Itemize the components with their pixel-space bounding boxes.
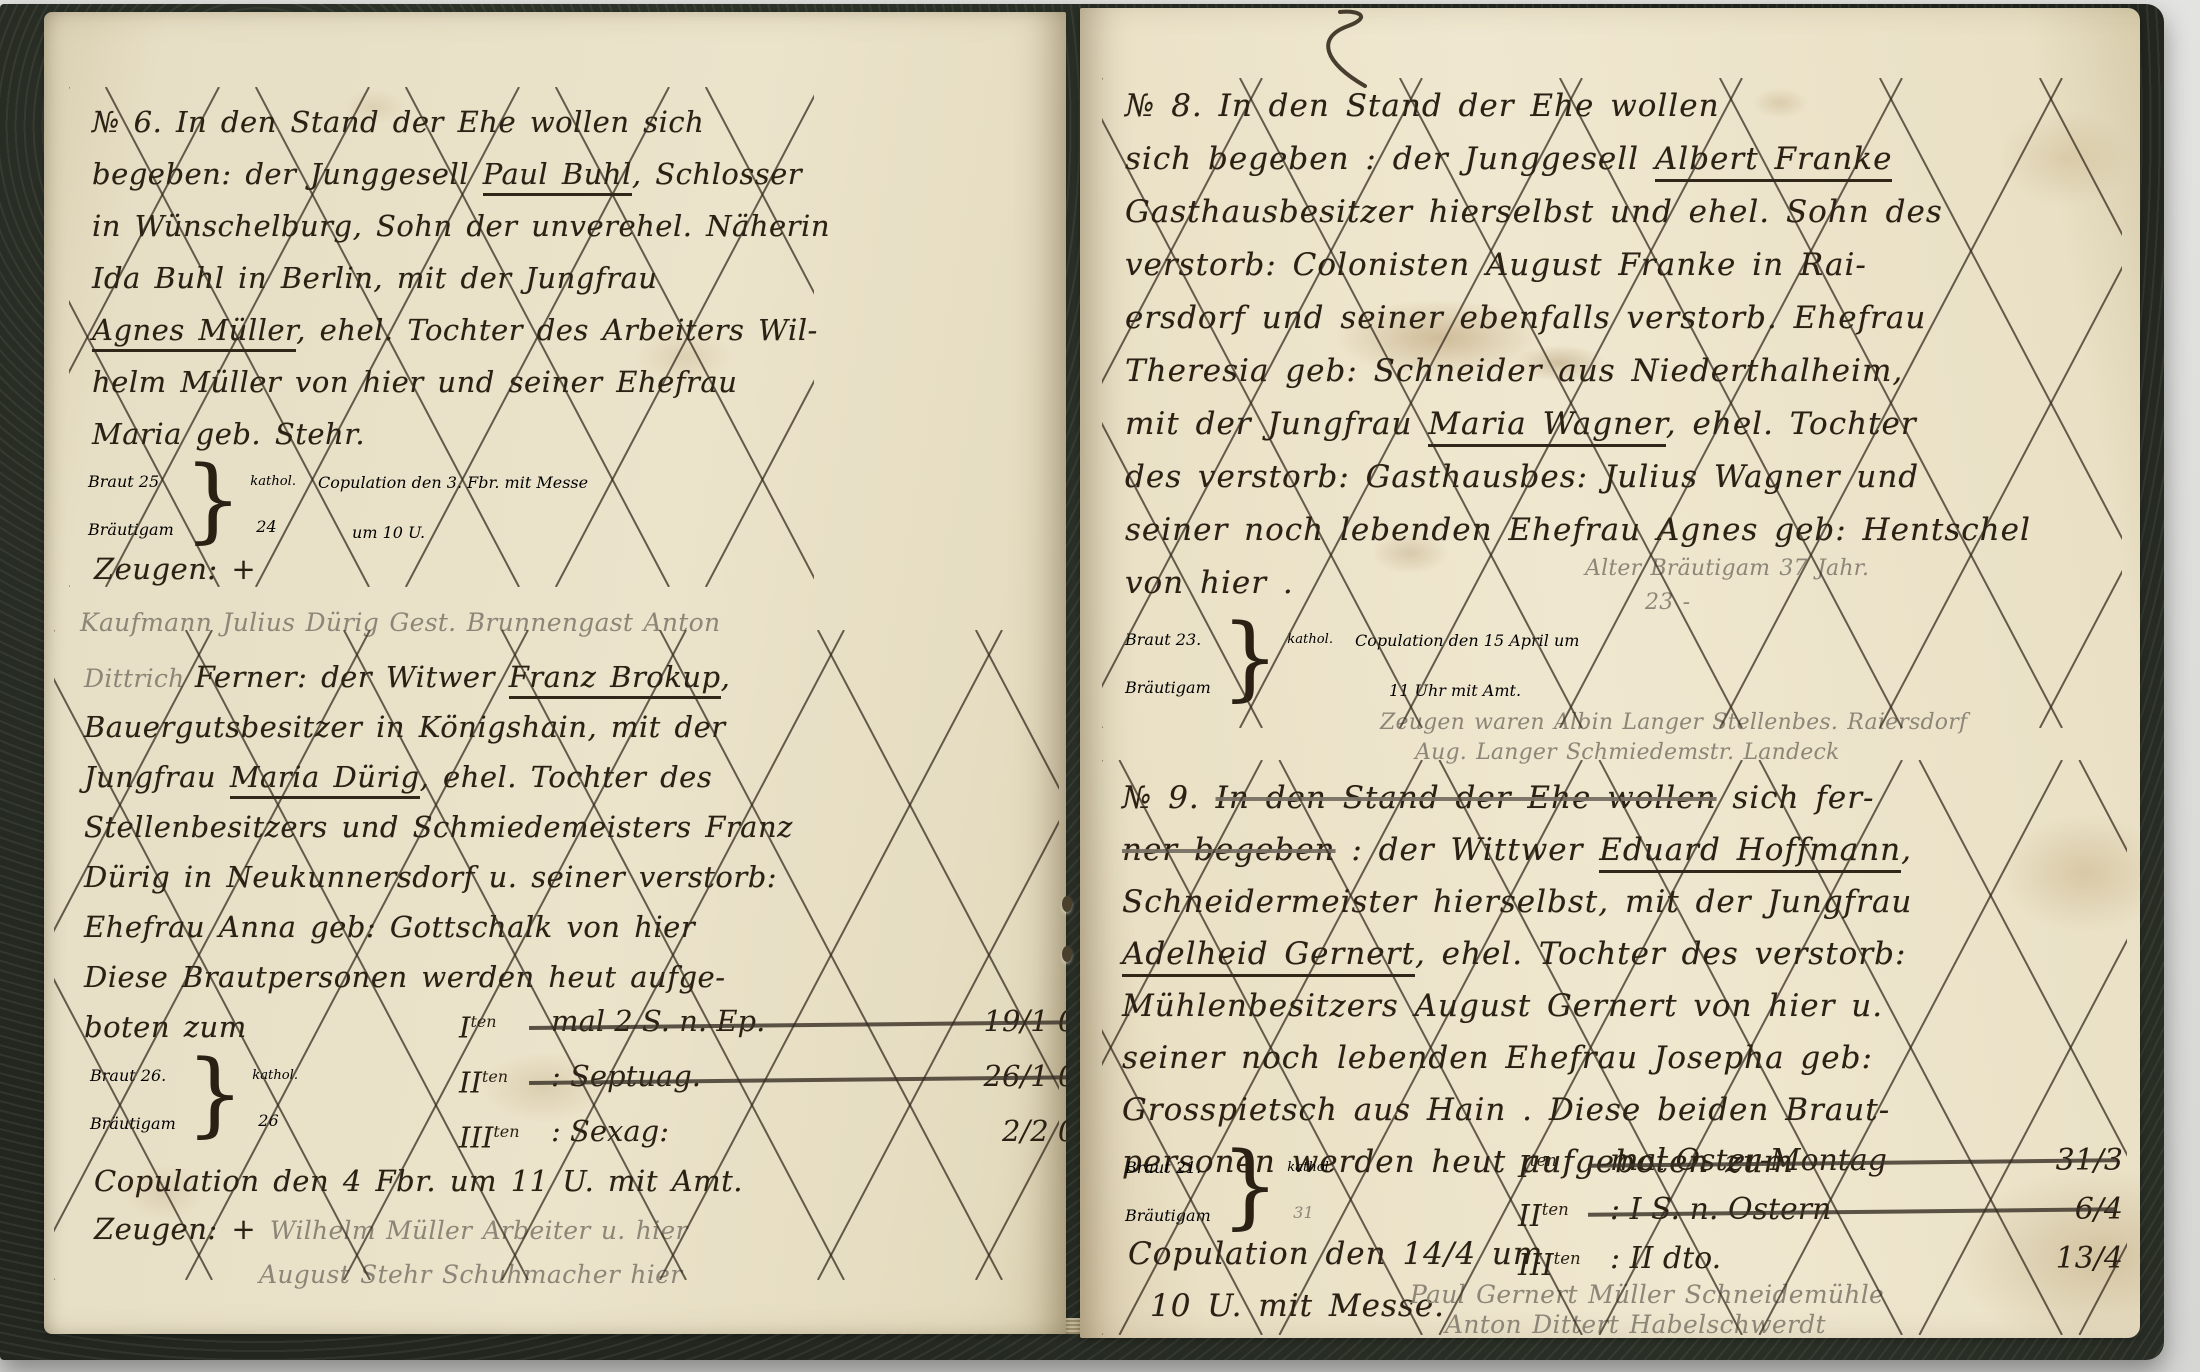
- copulation-time: 11 Uhr mit Amt.: [1389, 666, 1579, 716]
- text-segment: Franz Brokup: [509, 660, 721, 699]
- witness-name-pencil: Wilhelm Müller Arbeiter u. hier: [270, 1216, 688, 1245]
- entry-9-text: № 9. In den Stand der Ehe wollen sich fe…: [1122, 772, 1912, 1188]
- text-segment: , Schlosser: [632, 157, 802, 191]
- entry-7-text: Dittrich Ferner: der Witwer Franz Brokup…: [84, 652, 793, 1052]
- bride-age: 25: [139, 472, 159, 491]
- manuscript-line: № 6. In den Stand der Ehe wollen sich: [92, 96, 830, 148]
- manuscript-line: begeben: der Junggesell Paul Buhl, Schlo…: [92, 148, 830, 200]
- text-segment: Ferner: der Witwer: [195, 660, 509, 694]
- entry-7-copulation: Copulation den 4 Fbr. um 11 U. mit Amt.: [94, 1164, 743, 1198]
- manuscript-line: Theresia geb: Schneider aus Niederthalhe…: [1125, 345, 2031, 398]
- entry-8-text: № 8. In den Stand der Ehe wollensich beg…: [1125, 80, 2031, 610]
- entry-9-vitals: Braut 21. Bräutigam } kathol. 31: [1125, 1144, 1333, 1240]
- text-segment: mit der Jungfrau: [1125, 406, 1428, 442]
- denomination-label: kathol.: [1287, 1146, 1333, 1190]
- manuscript-line: ersdorf und seiner ebenfalls verstorb. E…: [1125, 292, 2031, 345]
- manuscript-line: Ida Buhl in Berlin, mit der Jungfrau: [92, 252, 830, 304]
- manuscript-line: № 8. In den Stand der Ehe wollen: [1125, 80, 2031, 133]
- groom-label: Bräutigam: [1125, 1192, 1211, 1240]
- banns-ordinal: IIIten: [459, 1104, 551, 1159]
- bride-age: 21.: [1176, 1158, 1201, 1177]
- banns-row: IIten: Septuag.26/1 02.: [459, 1049, 1066, 1104]
- banns-row: IIIten: Sexag:2/2 02.: [459, 1104, 1066, 1159]
- banns-ordinal: Iten: [1518, 1136, 1610, 1185]
- pencil-age-note: 23 -: [1645, 590, 1690, 615]
- banns-row: IIten: I S. n. Ostern6/4: [1518, 1185, 2123, 1234]
- text-segment: Dittrich: [84, 664, 195, 693]
- binding-stitch: [1062, 896, 1072, 912]
- banns-date: 6/4: [2075, 1185, 2123, 1234]
- entry-7-witnesses: Zeugen: + Wilhelm Müller Arbeiter u. hie…: [94, 1212, 688, 1246]
- manuscript-line: Agnes Müller, ehel. Tochter des Arbeiter…: [92, 304, 830, 356]
- bride-age: 26.: [141, 1066, 166, 1085]
- text-segment: ,: [721, 660, 731, 694]
- groom-label: Bräutigam: [88, 506, 174, 554]
- copulation-note: Copulation den 15 April um: [1355, 616, 1579, 666]
- text-segment: Mühlenbesitzers August Gernert von hier …: [1122, 988, 1883, 1024]
- signature-pencil: Anton Dittert Habelschwerdt: [1445, 1310, 1826, 1338]
- manuscript-line: Adelheid Gernert, ehel. Tochter des vers…: [1122, 928, 1912, 980]
- groom-age-pencil: 31: [1293, 1190, 1333, 1236]
- text-segment: In den Stand der Ehe wollen: [1216, 780, 1717, 816]
- banns-row: IIIten: II dto.13/4: [1518, 1234, 2123, 1283]
- text-segment: , ehel. Tochter des verstorb:: [1415, 936, 1907, 972]
- text-segment: Agnes Müller: [92, 313, 296, 352]
- text-segment: № 6. In den Stand der Ehe wollen sich: [92, 105, 704, 139]
- banns-text: mal Oster-Montag: [1610, 1136, 1940, 1185]
- copulation-time: um 10 U.: [352, 508, 588, 558]
- entry-7-banns-table: Itenmal 2 S. n. Ep.19/1 02.IIten: Septua…: [459, 994, 1066, 1159]
- signature-pencil: Paul Gernert Müller Schneidemühle: [1410, 1280, 1884, 1309]
- text-segment: Eduard Hoffmann: [1599, 832, 1901, 873]
- text-segment: № 8. In den Stand der Ehe wollen: [1125, 88, 1720, 124]
- denomination-label: kathol.: [252, 1054, 298, 1098]
- banns-text: : Septuag.: [551, 1049, 881, 1104]
- entry-6-text: № 6. In den Stand der Ehe wollen sichbeg…: [92, 96, 830, 460]
- text-segment: des verstorb: Gasthausbes: Julius Wagner…: [1125, 459, 1919, 495]
- entry-8-vitals: Braut 23. Bräutigam } kathol. Copulation…: [1125, 616, 1579, 716]
- bride-label: Braut: [90, 1066, 136, 1085]
- manuscript-line: Jungfrau Maria Dürig, ehel. Tochter des: [84, 752, 793, 802]
- entry-7-vitals: Braut 26. Bräutigam } kathol. 26: [90, 1052, 298, 1148]
- bride-label: Braut: [1125, 630, 1171, 649]
- text-segment: Schneidermeister hierselbst, mit der Jun…: [1122, 884, 1912, 920]
- manuscript-line: Gasthausbesitzer hierselbst und ehel. So…: [1125, 186, 2031, 239]
- witnesses-label: Zeugen: +: [94, 1212, 256, 1246]
- text-segment: helm Müller von hier und seiner Ehefrau: [92, 365, 737, 399]
- left-page: № 6. In den Stand der Ehe wollen sichbeg…: [44, 12, 1066, 1334]
- text-segment: sich fer-: [1717, 780, 1875, 816]
- bride-age: 23.: [1176, 630, 1201, 649]
- manuscript-line: seiner noch lebenden Ehefrau Josepha geb…: [1122, 1032, 1912, 1084]
- text-segment: Stellenbesitzers und Schmiedemeisters Fr…: [84, 810, 793, 844]
- banns-date: 2/2 02.: [1002, 1104, 1066, 1159]
- manuscript-line: Ehefrau Anna geb: Gottschalk von hier: [84, 902, 793, 952]
- bride-label: Braut: [1125, 1158, 1171, 1177]
- manuscript-line: in Wünschelburg, Sohn der unverehel. Näh…: [92, 200, 830, 252]
- text-segment: verstorb: Colonisten August Franke in Ra…: [1125, 247, 1867, 283]
- entry-9-copulation: Copulation den 14/4 um: [1128, 1236, 1543, 1272]
- text-segment: Adelheid Gernert: [1122, 936, 1415, 977]
- brace-glyph: }: [1221, 1136, 1280, 1236]
- pencil-margin-note: Kaufmann Julius Dürig Gest. Brunnengast …: [80, 608, 720, 637]
- banns-row: Itenmal Oster-Montag31/3: [1518, 1136, 2123, 1185]
- text-segment: Ida Buhl in Berlin, mit der Jungfrau: [92, 261, 657, 295]
- brace-glyph: }: [186, 1044, 245, 1144]
- text-segment: ersdorf und seiner ebenfalls verstorb. E…: [1125, 300, 1926, 336]
- text-segment: von hier .: [1125, 565, 1294, 601]
- text-segment: Gasthausbesitzer hierselbst und ehel. So…: [1125, 194, 1943, 230]
- witness-name-pencil: August Stehr Schuhmacher hier: [259, 1260, 682, 1289]
- witness-name-pencil: Aug. Langer Schmiedemstr. Landeck: [1415, 740, 1840, 765]
- manuscript-line: Grosspietsch aus Hain . Diese beiden Bra…: [1122, 1084, 1912, 1136]
- groom-label: Bräutigam: [1125, 664, 1211, 712]
- manuscript-line: Stellenbesitzers und Schmiedemeisters Fr…: [84, 802, 793, 852]
- text-segment: Diese Brautpersonen werden heut aufge-: [84, 960, 726, 994]
- banns-ordinal: IIten: [459, 1049, 551, 1104]
- text-segment: boten zum: [84, 1010, 247, 1044]
- bride-label: Braut: [88, 472, 134, 491]
- binding-stitch: [1062, 946, 1072, 962]
- copulation-note: Copulation den 3. Fbr. mit Messe: [318, 458, 588, 508]
- brace-glyph: }: [184, 450, 243, 550]
- entry-6-vitals: Braut 25 Bräutigam } kathol. 24 Copulati…: [88, 458, 588, 558]
- text-segment: Ehefrau Anna geb: Gottschalk von hier: [84, 910, 695, 944]
- manuscript-line: seiner noch lebenden Ehefrau Agnes geb: …: [1125, 504, 2031, 557]
- banns-ordinal: IIten: [1518, 1185, 1610, 1234]
- text-segment: № 9.: [1122, 780, 1216, 816]
- banns-text: : Sexag:: [551, 1104, 881, 1159]
- text-segment: , ehel. Tochter des: [420, 760, 713, 794]
- entry-9-banns-table: Itenmal Oster-Montag31/3IIten: I S. n. O…: [1518, 1136, 2123, 1283]
- banns-text: : I S. n. Ostern: [1610, 1185, 1940, 1234]
- pencil-age-note: Alter Bräutigam 37 Jahr.: [1585, 556, 1869, 581]
- groom-age: 26: [258, 1098, 298, 1144]
- text-segment: Albert Franke: [1655, 141, 1893, 182]
- text-segment: Paul Buhl: [483, 157, 632, 196]
- text-segment: Jungfrau: [84, 760, 230, 794]
- manuscript-line: Bauergutsbesitzer in Königshain, mit der: [84, 702, 793, 752]
- text-segment: Maria Wagner: [1428, 406, 1666, 447]
- register-book-photo: № 6. In den Stand der Ehe wollen sichbeg…: [0, 0, 2200, 1372]
- text-segment: , ehel. Tochter: [1666, 406, 1917, 442]
- banns-text: mal 2 S. n. Ep.: [551, 994, 881, 1049]
- banns-date: 31/3: [2056, 1136, 2123, 1185]
- banns-row: Itenmal 2 S. n. Ep.19/1 02.: [459, 994, 1066, 1049]
- manuscript-line: von hier .: [1125, 557, 2031, 610]
- text-segment: ner begeben: [1122, 832, 1336, 868]
- manuscript-line: ner begeben : der Wittwer Eduard Hoffman…: [1122, 824, 1912, 876]
- manuscript-line: helm Müller von hier und seiner Ehefrau: [92, 356, 830, 408]
- text-segment: seiner noch lebenden Ehefrau Josepha geb…: [1122, 1040, 1873, 1076]
- right-page: № 8. In den Stand der Ehe wollensich beg…: [1080, 8, 2140, 1338]
- entry-6-witnesses-label: Zeugen: +: [94, 552, 256, 586]
- manuscript-line: sich begeben : der Junggesell Albert Fra…: [1125, 133, 2031, 186]
- text-segment: in Wünschelburg, Sohn der unverehel. Näh…: [92, 209, 830, 243]
- ink-flourish-icon: [1270, 8, 1410, 88]
- brace-glyph: }: [1221, 608, 1280, 708]
- text-segment: seiner noch lebenden Ehefrau Agnes geb: …: [1125, 512, 2031, 548]
- text-segment: Maria Dürig: [230, 760, 420, 799]
- manuscript-line: mit der Jungfrau Maria Wagner, ehel. Toc…: [1125, 398, 2031, 451]
- text-segment: Grosspietsch aus Hain . Diese beiden Bra…: [1122, 1092, 1890, 1128]
- witness-name-pencil: Zeugen waren Albin Langer Stellenbes. Ra…: [1380, 710, 1967, 735]
- groom-age: 24: [256, 504, 296, 550]
- manuscript-line: Dürig in Neukunnersdorf u. seiner versto…: [84, 852, 793, 902]
- banns-date: 26/1 02.: [984, 1049, 1066, 1104]
- manuscript-line: verstorb: Colonisten August Franke in Ra…: [1125, 239, 2031, 292]
- text-segment: sich begeben : der Junggesell: [1125, 141, 1655, 177]
- text-segment: Bauergutsbesitzer in Königshain, mit der: [84, 710, 726, 744]
- manuscript-line: Mühlenbesitzers August Gernert von hier …: [1122, 980, 1912, 1032]
- text-segment: , ehel. Tochter des Arbeiters Wil-: [296, 313, 818, 347]
- text-segment: Dürig in Neukunnersdorf u. seiner versto…: [84, 860, 777, 894]
- entry-9-copulation-time: 10 U. mit Messe.: [1150, 1288, 1445, 1324]
- bride-groom-ages: Braut 25 Bräutigam: [88, 458, 174, 554]
- banns-text: : II dto.: [1610, 1234, 1940, 1283]
- denomination-label: kathol.: [250, 460, 296, 504]
- banns-date: 19/1 02.: [984, 994, 1066, 1049]
- text-segment: ,: [1901, 832, 1912, 868]
- text-segment: begeben: der Junggesell: [92, 157, 483, 191]
- groom-label: Bräutigam: [90, 1100, 176, 1148]
- banns-date: 13/4: [2056, 1234, 2123, 1283]
- manuscript-line: Dittrich Ferner: der Witwer Franz Brokup…: [84, 652, 793, 702]
- manuscript-line: № 9. In den Stand der Ehe wollen sich fe…: [1122, 772, 1912, 824]
- text-segment: Theresia geb: Schneider aus Niederthalhe…: [1125, 353, 1903, 389]
- text-segment: : der Wittwer: [1336, 832, 1600, 868]
- banns-ordinal: Iten: [459, 994, 551, 1049]
- manuscript-line: Schneidermeister hierselbst, mit der Jun…: [1122, 876, 1912, 928]
- denomination-label: kathol.: [1287, 618, 1333, 662]
- manuscript-line: des verstorb: Gasthausbes: Julius Wagner…: [1125, 451, 2031, 504]
